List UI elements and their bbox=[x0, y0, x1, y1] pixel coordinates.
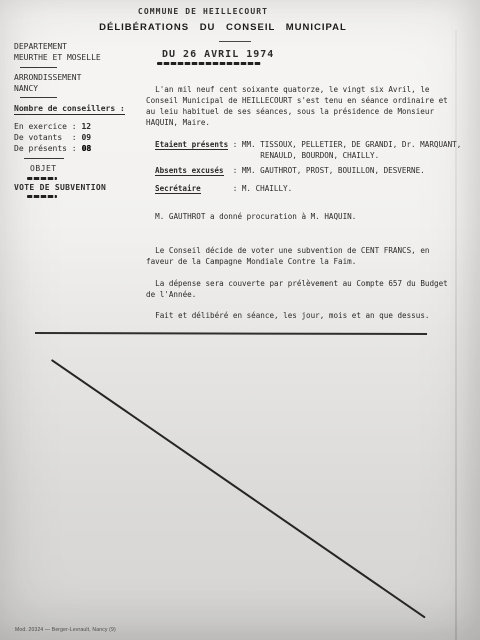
horizontal-rule-line bbox=[35, 332, 427, 335]
objet-value: VOTE DE SUBVENTION bbox=[14, 183, 106, 192]
absents-label: Absents excusés bbox=[155, 166, 224, 176]
diagonal-strike-line bbox=[51, 359, 426, 618]
secretaire-line: Secrétaire : M. CHAILLY. bbox=[146, 184, 466, 195]
counter-en-exercice: En exercice : 12 bbox=[14, 121, 91, 132]
secretaire-label: Secrétaire bbox=[155, 184, 201, 194]
sidebar-divider bbox=[20, 67, 57, 68]
session-date: DU 26 AVRIL 1974 bbox=[162, 49, 274, 60]
printer-imprint: Mod. 20324 — Berger-Levrault, Nancy (9) bbox=[15, 627, 116, 633]
paper-fold-edge bbox=[455, 30, 457, 640]
counter-de-votants: De votants : 09 bbox=[14, 132, 91, 143]
sidebar-divider bbox=[24, 158, 64, 159]
procuration-line: M. GAUTHROT a donné procuration à M. HAQ… bbox=[146, 212, 466, 223]
counter-de-presents: De présents : 08 bbox=[14, 143, 91, 154]
intro-paragraph: L'an mil neuf cent soixante quatorze, le… bbox=[146, 85, 466, 129]
counter-de-votants-value: 09 bbox=[81, 133, 91, 142]
objet-decorative-rule bbox=[27, 177, 57, 180]
absents-value: : MM. GAUTHROT, PROST, BOUILLON, DESVERN… bbox=[224, 166, 425, 175]
arrondissement-value: NANCY bbox=[14, 83, 81, 94]
decision-paragraphs: Le Conseil décide de voter une subventio… bbox=[146, 246, 466, 322]
commune-heading: COMMUNE DE HEILLECOURT bbox=[0, 7, 406, 16]
conseillers-heading: Nombre de conseillers : bbox=[14, 103, 125, 114]
title-underline bbox=[219, 41, 251, 42]
date-decorative-rule bbox=[157, 62, 261, 65]
page-title: DÉLIBÉRATIONS DU CONSEIL MUNICIPAL bbox=[0, 22, 446, 33]
arrondissement-block: ARRONDISSEMENT NANCY bbox=[14, 72, 81, 94]
objet-decorative-rule bbox=[27, 195, 57, 198]
counters-block: En exercice : 12 De votants : 09 De prés… bbox=[14, 121, 91, 154]
scanned-document-page: COMMUNE DE HEILLECOURT DÉLIBÉRATIONS DU … bbox=[0, 0, 480, 640]
departement-block: DEPARTEMENT MEURTHE ET MOSELLE bbox=[14, 41, 101, 63]
presents-line: Etaient présents : MM. TISSOUX, PELLETIE… bbox=[146, 140, 466, 162]
departement-label: DEPARTEMENT bbox=[14, 41, 101, 52]
conseillers-label: Nombre de conseillers : bbox=[14, 104, 125, 115]
presents-label: Etaient présents bbox=[155, 140, 228, 150]
counter-de-presents-value: 08 bbox=[81, 144, 91, 153]
arrondissement-label: ARRONDISSEMENT bbox=[14, 72, 81, 83]
departement-value: MEURTHE ET MOSELLE bbox=[14, 52, 101, 63]
counter-en-exercice-value: 12 bbox=[81, 122, 91, 131]
objet-label: OBJET bbox=[30, 164, 57, 173]
sidebar-divider bbox=[20, 97, 57, 98]
absents-line: Absents excusés : MM. GAUTHROT, PROST, B… bbox=[146, 166, 466, 177]
secretaire-value: : M. CHAILLY. bbox=[201, 184, 292, 193]
